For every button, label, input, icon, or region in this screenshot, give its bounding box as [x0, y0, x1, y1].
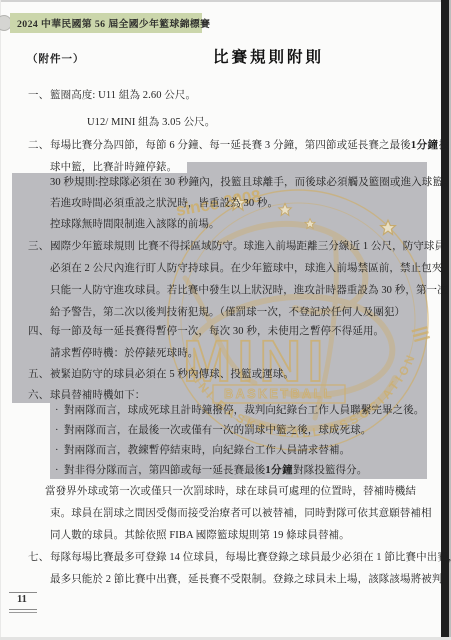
text-line: 給予警告，第二次以後判技術犯規。（僅罰球一次，不登記於任何人及團犯）: [50, 306, 405, 319]
text-line: 請求暫停時機：於停錶死球時。: [50, 347, 198, 360]
text-layer: 2024 中華民國第 56 屆全國少年籃球錦標賽 （附件一） 比賽規則附則 11…: [0, 0, 451, 640]
footer-rule: [9, 592, 37, 593]
text-line: 當發界外球或第一次或僅只一次罰球時，球在球員可處理的位置時，替補時機結: [45, 485, 416, 498]
text-line: 二、: [28, 139, 49, 152]
text-line: 一、: [28, 89, 49, 102]
text-line: 被緊迫防守的球員必須在 5 秒內傳球、投籃或運球。: [50, 368, 294, 381]
text-line: 籃圈高度: U11 組為 2.60 公尺。: [50, 89, 196, 102]
text-line: 最多只能於 2 節比賽中出賽，延長賽不受限制。登錄之球員未上場，該隊該場將被判: [50, 573, 442, 586]
text-line: 四、: [28, 325, 49, 338]
text-line: 球員替補時機如下：: [50, 389, 145, 402]
text-line: 對兩隊而言，球成死球且計時鐘撥停，裁判向紀錄台工作人員聯繫完畢之後。: [64, 404, 424, 417]
text-line: 五、: [28, 368, 49, 381]
page-number: 11: [17, 594, 27, 605]
text-line: ·: [55, 404, 59, 417]
text-line: 國際少年籃球規則 比賽不得採區域防守。球進入前場距離三分線近 1 公尺，防守球員: [50, 240, 445, 253]
tournament-title: 2024 中華民國第 56 屆全國少年籃球錦標賽: [10, 16, 210, 30]
document-page: since 2008 MINI BASKETBALL MINI BASKETBA…: [0, 0, 451, 640]
text-line: 若進攻時間必須重設之狀況時，皆重設為 30 秒。: [50, 197, 278, 210]
text-line: 每一節及每一延長賽得暫停一次，每次 30 秒，未使用之暫停不得延用。: [50, 325, 384, 338]
text-line: ·: [55, 464, 59, 477]
text-line: 控球隊無時間限制進入該隊的前場。: [50, 218, 220, 231]
text-line: 對兩隊而言，在最後一次或僅有一次的罰球中籃之後，球成死球。: [64, 424, 371, 437]
text-line: 對非得分隊而言，第四節或每一延長賽最後1分鐘對隊投籃得分。: [64, 464, 367, 477]
text-line: 只能一人防守進攻球員。若比賽中發生以上狀況時，進攻計時器重設為 30 秒，第一次: [50, 284, 448, 297]
text-line: ·: [55, 424, 59, 437]
footer-rule: [9, 609, 37, 610]
text-line: 三、: [28, 240, 49, 253]
tournament-header-highlight: 2024 中華民國第 56 屆全國少年籃球錦標賽: [10, 13, 202, 33]
text-line: 30 秒規則:控球隊必須在 30 秒鐘內，投籃且球離手，而後球必須觸及籃圈或進入…: [50, 176, 451, 189]
text-line: 每隊每場比賽最多可登錄 14 位球員，每場比賽登錄之球員最少必須在 1 節比賽中…: [50, 551, 451, 564]
text-line: 束。球員在罰球之間因受傷而接受治療者可以被替補，同時對隊可依其意願替補相: [50, 507, 432, 520]
text-line: 每場比賽分為四節，每節 6 分鐘、每一延長賽 3 分鐘，第四節或延長賽之最後1分…: [50, 139, 449, 152]
text-line: 六、: [28, 389, 49, 402]
text-line: 必須在 2 公尺內進行盯人防守持球員。在少年籃球中，球進入前場禁區前，禁止包夾，: [50, 262, 451, 275]
text-line: 七、: [28, 551, 49, 564]
footer-rule: [9, 612, 37, 613]
attachment-label: （附件一）: [27, 51, 85, 66]
text-line: U12/ MINI 組為 3.05 公尺。: [87, 116, 215, 129]
text-line: 同人數的球員。其餘依照 FIBA 國際籃球規則第 19 條球員替補。: [50, 529, 350, 542]
text-line: ·: [55, 444, 59, 457]
text-line: 球中籃，比賽計時鐘停錶。: [50, 161, 177, 174]
page-title: 比賽規則附則: [213, 45, 324, 67]
text-line: 對兩隊而言，教練暫停結束時，向紀錄台工作人員請求替補。: [64, 444, 350, 457]
